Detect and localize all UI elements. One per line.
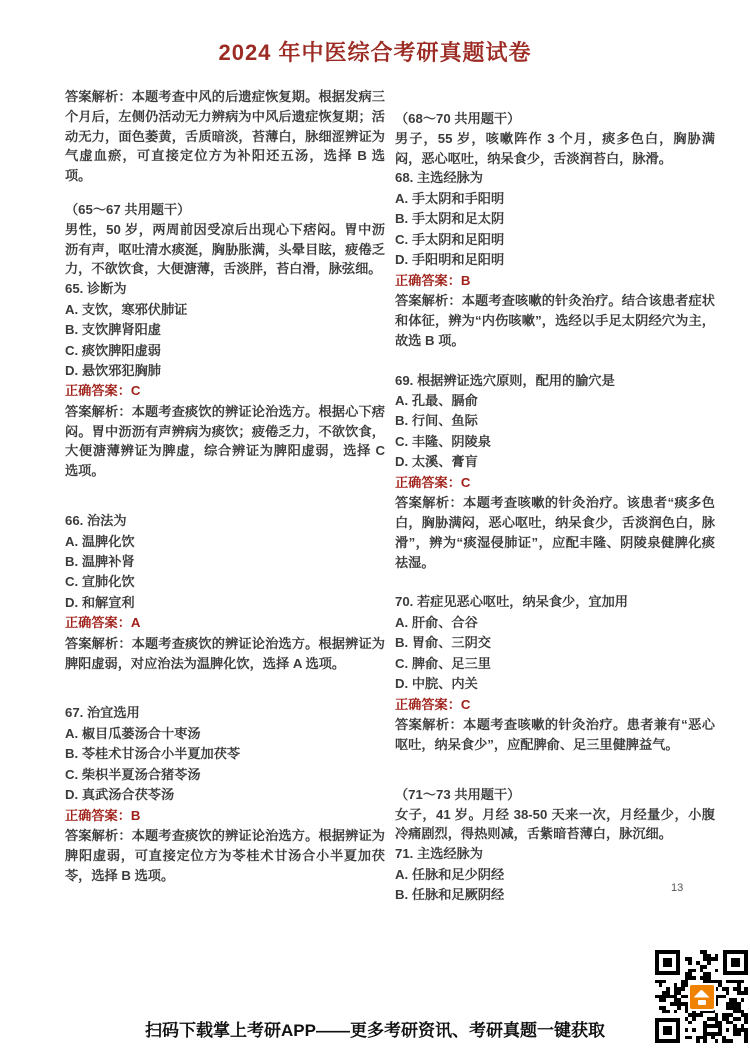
question-70-option-c: C. 脾俞、足三里 bbox=[395, 654, 715, 674]
question-71-option-b: B. 任脉和足厥阴经 bbox=[395, 885, 715, 905]
question-66-explanation: 答案解析：本题考查痰饮的辨证论治选方。根据辨证为脾阳虚弱，对应治法为温脾化饮，选… bbox=[65, 634, 385, 674]
question-66-correct-answer: 正确答案：A bbox=[65, 613, 385, 633]
stem-text-71-73: 女子，41 岁。月经 38-50 天来一次，月经量少，小腹冷痛剧烈，得热则减，舌… bbox=[395, 805, 715, 845]
question-65-option-a: A. 支饮，寒邪伏肺证 bbox=[65, 300, 385, 320]
question-69-option-b: B. 行间、鱼际 bbox=[395, 411, 715, 431]
question-71-title: 71. 主选经脉为 bbox=[395, 844, 715, 864]
qr-finder-top-right bbox=[723, 950, 748, 975]
question-65-title: 65. 诊断为 bbox=[65, 279, 385, 299]
page-title: 2024 年中医综合考研真题试卷 bbox=[0, 36, 750, 67]
question-67-explanation: 答案解析：本题考查痰饮的辨证论治选方。根据辨证为脾阳虚弱，可直接定位方为苓桂术甘… bbox=[65, 826, 385, 885]
question-66: 66. 治法为 A. 温脾化饮 B. 温脾补肾 C. 宣肺化饮 D. 和解宣利 … bbox=[65, 511, 385, 673]
footer-banner-text: 扫码下载掌上考研APP——更多考研资讯、考研真题一键获取 bbox=[145, 1016, 605, 1041]
question-71: 71. 主选经脉为 A. 任脉和足少阴经 B. 任脉和足厥阴经 bbox=[395, 844, 715, 905]
question-65-option-d: D. 悬饮邪犯胸肺 bbox=[65, 361, 385, 381]
question-66-option-c: C. 宣肺化饮 bbox=[65, 572, 385, 592]
question-65-option-b: B. 支饮脾肾阳虚 bbox=[65, 320, 385, 340]
question-68-option-d: D. 手阳明和足阳明 bbox=[395, 250, 715, 270]
question-69-explanation: 答案解析：本题考查咳嗽的针灸治疗。该患者“痰多色白，胸胁满闷，恶心呕吐，纳呆食少… bbox=[395, 493, 715, 572]
stem-text-68-70: 男子，55 岁，咳嗽阵作 3 个月，痰多色白，胸胁满闷，恶心呕吐，纳呆食少，舌淡… bbox=[395, 129, 715, 169]
stem-heading-65-67: （65～67 共用题干） bbox=[65, 200, 385, 220]
page-number: 13 bbox=[671, 882, 683, 894]
question-67-option-d: D. 真武汤合茯苓汤 bbox=[65, 785, 385, 805]
question-68-option-c: C. 手太阴和足阳明 bbox=[395, 230, 715, 250]
question-70-option-b: B. 胃俞、三阴交 bbox=[395, 633, 715, 653]
question-70-explanation: 答案解析：本题考查咳嗽的针灸治疗。患者兼有“恶心呕吐，纳呆食少”，应配脾俞、足三… bbox=[395, 715, 715, 755]
question-66-title: 66. 治法为 bbox=[65, 511, 385, 531]
exam-page: 2024 年中医综合考研真题试卷 答案解析：本题考查中风的后遗症恢复期。根据发病… bbox=[0, 36, 750, 905]
question-68-option-a: A. 手太阴和手阳明 bbox=[395, 189, 715, 209]
question-71-option-a: A. 任脉和足少阴经 bbox=[395, 865, 715, 885]
question-67-option-b: B. 苓桂术甘汤合小半夏加茯苓 bbox=[65, 744, 385, 764]
qr-finder-top-left bbox=[655, 950, 680, 975]
question-66-option-b: B. 温脾补肾 bbox=[65, 552, 385, 572]
question-68: 68. 主选经脉为 A. 手太阴和手阳明 B. 手太阴和足太阴 C. 手太阴和足… bbox=[395, 168, 715, 350]
question-69-title: 69. 根据辨证选穴原则，配用的腧穴是 bbox=[395, 371, 715, 391]
question-67-title: 67. 治宜选用 bbox=[65, 703, 385, 723]
right-column: （68～70 共用题干） 男子，55 岁，咳嗽阵作 3 个月，痰多色白，胸胁满闷… bbox=[395, 87, 715, 905]
content-columns: 答案解析：本题考查中风的后遗症恢复期。根据发病三个月后，左侧仍活动无力辨病为中风… bbox=[0, 67, 750, 905]
qr-finder-bottom-left bbox=[655, 1018, 680, 1043]
question-66-option-a: A. 温脾化饮 bbox=[65, 532, 385, 552]
graduation-cap-icon bbox=[688, 983, 716, 1011]
stem-text-65-67: 男性，50 岁，两周前因受凉后出现心下痞闷。胃中沥沥有声，呕吐清水痰涎，胸胁胀满… bbox=[65, 220, 385, 279]
question-66-option-d: D. 和解宣利 bbox=[65, 593, 385, 613]
explanation-64-continued: 答案解析：本题考查中风的后遗症恢复期。根据发病三个月后，左侧仍活动无力辨病为中风… bbox=[65, 87, 385, 186]
qr-code bbox=[655, 950, 748, 1043]
question-67: 67. 治宜选用 A. 椒目瓜蒌汤合十枣汤 B. 苓桂术甘汤合小半夏加茯苓 C.… bbox=[65, 703, 385, 885]
question-68-title: 68. 主选经脉为 bbox=[395, 168, 715, 188]
left-column: 答案解析：本题考查中风的后遗症恢复期。根据发病三个月后，左侧仍活动无力辨病为中风… bbox=[65, 87, 385, 905]
question-68-option-b: B. 手太阴和足太阴 bbox=[395, 209, 715, 229]
question-68-explanation: 答案解析：本题考查咳嗽的针灸治疗。结合该患者症状和体征，辨为“内伤咳嗽”，选经以… bbox=[395, 291, 715, 350]
stem-heading-68-70: （68～70 共用题干） bbox=[395, 109, 715, 129]
question-69-option-a: A. 孔最、膈俞 bbox=[395, 391, 715, 411]
question-65-explanation: 答案解析：本题考查痰饮的辨证论治选方。根据心下痞闷。胃中沥沥有声辨病为痰饮；疲倦… bbox=[65, 402, 385, 481]
question-67-option-a: A. 椒目瓜蒌汤合十枣汤 bbox=[65, 724, 385, 744]
question-65-option-c: C. 痰饮脾阳虚弱 bbox=[65, 341, 385, 361]
question-69-option-d: D. 太溪、膏肓 bbox=[395, 452, 715, 472]
question-69: 69. 根据辨证选穴原则，配用的腧穴是 A. 孔最、膈俞 B. 行间、鱼际 C.… bbox=[395, 371, 715, 573]
question-67-correct-answer: 正确答案：B bbox=[65, 806, 385, 826]
stem-heading-71-73: （71～73 共用题干） bbox=[395, 785, 715, 805]
question-70-title: 70. 若症见恶心呕吐，纳呆食少，宜加用 bbox=[395, 592, 715, 612]
question-67-option-c: C. 柴枳半夏汤合猪苓汤 bbox=[65, 765, 385, 785]
question-70-correct-answer: 正确答案：C bbox=[395, 695, 715, 715]
question-70: 70. 若症见恶心呕吐，纳呆食少，宜加用 A. 肝俞、合谷 B. 胃俞、三阴交 … bbox=[395, 592, 715, 754]
question-69-correct-answer: 正确答案：C bbox=[395, 473, 715, 493]
question-70-option-d: D. 中脘、内关 bbox=[395, 674, 715, 694]
question-65: 65. 诊断为 A. 支饮，寒邪伏肺证 B. 支饮脾肾阳虚 C. 痰饮脾阳虚弱 … bbox=[65, 279, 385, 481]
question-65-correct-answer: 正确答案：C bbox=[65, 381, 385, 401]
question-69-option-c: C. 丰隆、阴陵泉 bbox=[395, 432, 715, 452]
question-68-correct-answer: 正确答案：B bbox=[395, 271, 715, 291]
question-70-option-a: A. 肝俞、合谷 bbox=[395, 613, 715, 633]
